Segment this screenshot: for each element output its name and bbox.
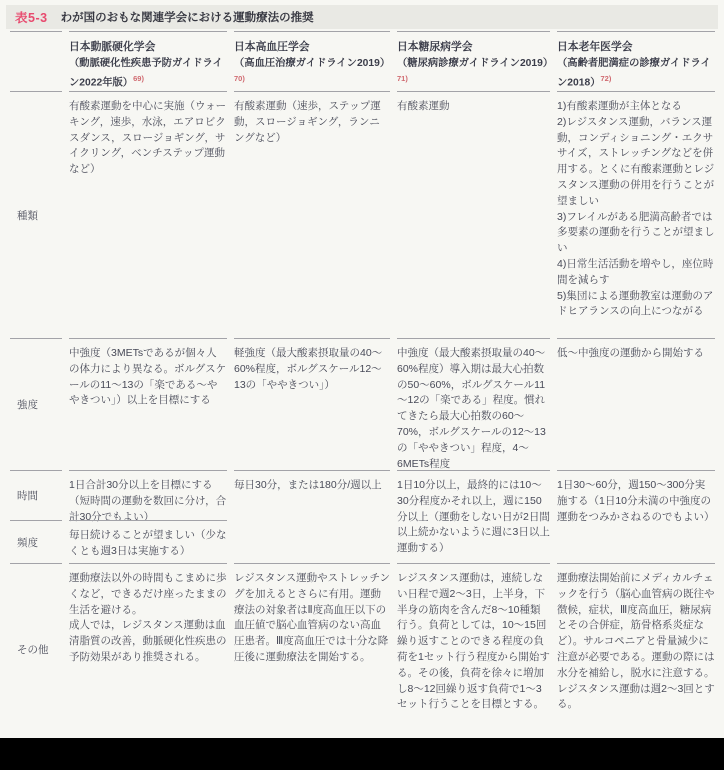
- reference-number: 72): [601, 74, 612, 83]
- cell-duration-arteriosclerosis: 1日合計30分以上を目標にする（短時間の運動を数回に分け，合計30分でもよい）: [69, 470, 227, 520]
- reference-number: 71): [397, 74, 408, 83]
- cell-intensity-diabetes: 中強度（最大酸素摂取量の40～60%程度）導入期は最大心拍数の50～60%，ボル…: [397, 338, 550, 470]
- cell-type-arteriosclerosis: 有酸素運動を中心に実施（ウォーキング，速歩，水泳，エアロビクスダンス，スロージョ…: [69, 91, 227, 338]
- cell-other-arteriosclerosis: 運動療法以外の時間もこまめに歩くなど，できるだけ座ったままの生活を避ける。 成人…: [69, 563, 227, 735]
- column-header-geriatrics: 日本老年医学会 （高齢者肥満症の診療ガイドライン2018）72): [557, 31, 715, 91]
- society-name: 日本動脈硬化学会: [69, 40, 227, 55]
- cell-other-geriatrics: 運動療法開始前にメディカルチェックを行う（脳心血管病の既往や徴候，症状，Ⅲ度高血…: [557, 563, 715, 735]
- header-corner-cell: [10, 31, 62, 91]
- row-label-intensity: 強度: [10, 338, 62, 470]
- row-label-other: その他: [10, 563, 62, 735]
- cell-type-geriatrics: 1)有酸素運動が主体となる 2)レジスタンス運動，バランス運動，コンディショニン…: [557, 91, 715, 338]
- cell-type-hypertension: 有酸素運動（速歩，ステップ運動，スロージョギング，ランニングなど）: [234, 91, 390, 338]
- table-title-bar: 表5-3 わが国のおもな関連学会における運動療法の推奨: [6, 5, 718, 29]
- comparison-table: 日本動脈硬化学会 （動脈硬化性疾患予防ガイドライン2022年版）69) 日本高血…: [10, 31, 716, 735]
- cell-duration-geriatrics: 1日30～60分，週150～300分実施する（1日10分未満の中強度の運動をつみ…: [557, 470, 715, 563]
- cell-intensity-geriatrics: 低～中強度の運動から開始する: [557, 338, 715, 470]
- cell-duration-hypertension: 毎日30分，または180分/週以上: [234, 470, 390, 563]
- scan-black-bar: [0, 738, 724, 770]
- cell-type-diabetes: 有酸素運動: [397, 91, 550, 338]
- reference-number: 69): [133, 74, 144, 83]
- row-label-duration: 時間: [10, 470, 62, 520]
- cell-other-hypertension: レジスタンス運動やストレッチングを加えるとさらに有用。運動療法の対象者はⅡ度高血…: [234, 563, 390, 735]
- column-header-arteriosclerosis: 日本動脈硬化学会 （動脈硬化性疾患予防ガイドライン2022年版）69): [69, 31, 227, 91]
- scanned-table-page: 表5-3 わが国のおもな関連学会における運動療法の推奨 日本動脈硬化学会 （動脈…: [0, 0, 724, 770]
- column-header-hypertension: 日本高血圧学会 （高血圧治療ガイドライン2019）70): [234, 31, 390, 91]
- guideline-name: （動脈硬化性疾患予防ガイドライン2022年版）69): [69, 56, 227, 90]
- cell-intensity-hypertension: 軽強度（最大酸素摂取量の40～60%程度，ボルグスケール12～13の「ややきつい…: [234, 338, 390, 470]
- cell-intensity-arteriosclerosis: 中強度（3METsであるが個々人の体力により異なる。ボルグスケールの11～13の…: [69, 338, 227, 470]
- row-label-type: 種類: [10, 91, 62, 338]
- guideline-name: （高齢者肥満症の診療ガイドライン2018）72): [557, 56, 715, 90]
- cell-other-diabetes: レジスタンス運動は，連続しない日程で週2～3日，上半身，下半身の筋肉を含んだ8～…: [397, 563, 550, 735]
- column-header-diabetes: 日本糖尿病学会 （糖尿病診療ガイドライン2019）71): [397, 31, 550, 91]
- row-label-frequency: 頻度: [10, 520, 62, 563]
- cell-duration-diabetes: 1日10分以上，最終的には10～30分程度かそれ以上，週に150分以上（運動をし…: [397, 470, 550, 563]
- guideline-name: （糖尿病診療ガイドライン2019）71): [397, 56, 550, 90]
- table-number: 表5-3: [15, 8, 48, 26]
- guideline-name: （高血圧治療ガイドライン2019）70): [234, 56, 390, 90]
- society-name: 日本糖尿病学会: [397, 40, 550, 55]
- page-title: わが国のおもな関連学会における運動療法の推奨: [61, 9, 314, 25]
- society-name: 日本高血圧学会: [234, 40, 390, 55]
- reference-number: 70): [234, 74, 245, 83]
- society-name: 日本老年医学会: [557, 40, 715, 55]
- cell-frequency-arteriosclerosis: 毎日続けることが望ましい（少なくとも週3日は実施する）: [69, 520, 227, 563]
